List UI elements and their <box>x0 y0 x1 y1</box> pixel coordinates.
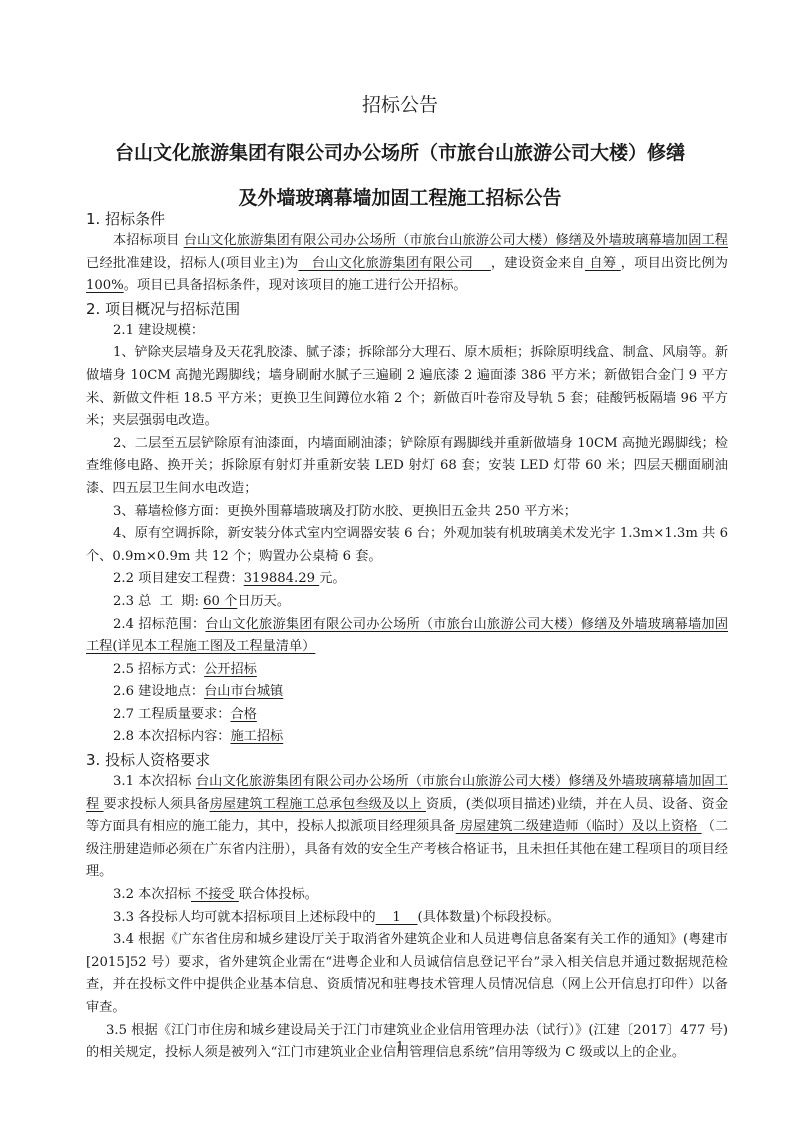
qualification-3-4: 3.4 根据《广东省住房和城乡建设厅关于取消省外建筑企业和人员进粤信息备案有关工… <box>86 929 728 1019</box>
text: 。项目已具备招标条件，现对该项目的施工进行公开招标。 <box>124 278 467 293</box>
quality-requirement: 2.7 工程质量要求：合格 <box>86 704 728 727</box>
label: 2.2 项目建安工程费： <box>113 571 244 586</box>
page-number: 1 <box>0 1040 800 1055</box>
label: 2.8 本次招标内容： <box>113 729 230 744</box>
text: 3.3 各投标人均可就本招标项目上述标段中的 <box>113 910 376 925</box>
text: ，建设资金来自 <box>491 256 585 271</box>
project-title-line-2: 及外墙玻璃幕墙加固工程施工招标公告 <box>0 183 800 210</box>
content-value: 施工招标 <box>230 729 283 744</box>
construction-location: 2.6 建设地点：台山市台城镇 <box>86 681 728 704</box>
fund-source: 自筹 <box>585 256 621 271</box>
text: 联合体投标。 <box>239 887 318 902</box>
construction-scale-label: 2.1 建设规模： <box>86 320 728 343</box>
document-title: 招标公告 <box>0 90 800 117</box>
duration: 2.3 总 工 期: 60 个日历天。 <box>86 591 728 614</box>
location-value: 台山市台城镇 <box>204 684 283 699</box>
scope-item-4: 4、原有空调拆除，新安装分体式室内空调器安装 6 台；外观加装有机玻璃美术发光字… <box>86 523 728 568</box>
tenderer-name: 台山文化旅游集团有限公司 <box>298 256 490 271</box>
tender-conditions-paragraph: 本招标项目 台山文化旅游集团有限公司办公场所（市旅台山旅游公司大楼）修缮及外墙玻… <box>86 230 728 298</box>
construction-cost: 2.2 项目建安工程费：319884.29 元。 <box>86 568 728 591</box>
text: ，项目出资比例为 <box>621 256 728 271</box>
joint-bid-value: 不接受 <box>191 887 239 902</box>
qualification-3-1: 3.1 本次招标 台山文化旅游集团有限公司办公场所（市旅台山旅游公司大楼）修缮及… <box>86 771 728 884</box>
tender-content: 2.8 本次招标内容：施工招标 <box>86 726 728 749</box>
text: 3.2 本次招标 <box>113 887 191 902</box>
document-body: 1. 招标条件 本招标项目 台山文化旅游集团有限公司办公场所（市旅台山旅游公司大… <box>86 208 728 1065</box>
label: 2.6 建设地点： <box>113 684 204 699</box>
label: 2.5 招标方式： <box>113 662 204 677</box>
qualification-3-3: 3.3 各投标人均可就本招标项目上述标段中的 1 (具体数量)个标段投标。 <box>86 907 728 930</box>
label: 2.3 总 工 期: <box>113 594 203 609</box>
investment-ratio: 100% <box>86 278 124 293</box>
text: (具体数量)个标段投标。 <box>417 910 559 925</box>
label: 2.4 招标范围： <box>113 617 205 632</box>
scope-item-1: 1、铲除夹层墙身及天花乳胶漆、腻子漆；拆除部分大理石、原木质柜；拆除原明线盒、制… <box>86 342 728 432</box>
text: 3.1 本次招标 <box>113 774 196 789</box>
qualification-3-2: 3.2 本次招标 不接受 联合体投标。 <box>86 884 728 907</box>
project-name: 台山文化旅游集团有限公司办公场所（市旅台山旅游公司大楼）修缮及外墙玻璃幕墙加固工… <box>184 233 728 248</box>
text: 已经批准建设，招标人(项目业主)为 <box>86 256 298 271</box>
tender-method: 2.5 招标方式：公开招标 <box>86 659 728 682</box>
quality-value: 合格 <box>230 707 256 722</box>
duration-value: 60 个 <box>203 594 237 609</box>
text: 本招标项目 <box>113 233 184 248</box>
text: 要求投标人须具备 <box>104 797 210 812</box>
project-title-line-1: 台山文化旅游集团有限公司办公场所（市旅台山旅游公司大楼）修缮 <box>0 138 800 165</box>
tender-scope: 2.4 招标范围：台山文化旅游集团有限公司办公场所（市旅台山旅游公司大楼）修缮及… <box>86 614 728 659</box>
cost-value: 319884.29 <box>244 571 320 586</box>
section-1-heading: 1. 招标条件 <box>86 208 728 230</box>
unit: 日历天。 <box>237 594 290 609</box>
method-value: 公开招标 <box>204 662 257 677</box>
label: 2.7 工程质量要求： <box>113 707 230 722</box>
scope-item-3: 3、幕墙检修方面：更换外围幕墙玻璃及打防水胶、更换旧五金共 250 平方米； <box>86 501 728 524</box>
section-3-heading: 3. 投标人资格要求 <box>86 749 728 771</box>
unit: 元。 <box>319 571 345 586</box>
document-page: 招标公告 台山文化旅游集团有限公司办公场所（市旅台山旅游公司大楼）修缮 及外墙玻… <box>0 0 800 1131</box>
required-qualification: 房屋建筑工程施工总承包叁级及以上 <box>210 797 426 812</box>
lot-count: 1 <box>376 910 418 925</box>
section-2-heading: 2. 项目概况与招标范围 <box>86 298 728 320</box>
scope-item-2: 2、二层至五层铲除原有油漆面，内墙面刷油漆；铲除原有踢脚线并重新做墙身 10CM… <box>86 433 728 501</box>
project-manager-qualification: 房屋建筑二级建造师（临时）及以上资格 <box>456 819 702 834</box>
